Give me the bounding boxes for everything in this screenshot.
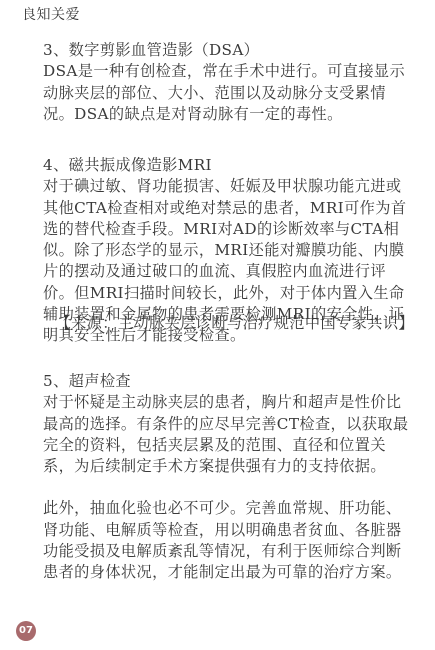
section-title: 4、磁共振成像造影MRI [43, 155, 415, 176]
section-title: 3、数字剪影血管造影（DSA） [43, 40, 415, 61]
section-title: 5、超声检查 [43, 371, 415, 392]
brand-title: 良知关爱 [22, 6, 80, 24]
section-dsa: 3、数字剪影血管造影（DSA） DSA是一种有创检查，常在手术中进行。可直接显示… [43, 40, 415, 125]
section-paragraph: 对于怀疑是主动脉夹层的患者，胸片和超声是性价比最高的选择。有条件的应尽早完善CT… [43, 392, 415, 477]
section-paragraph: DSA是一种有创检查，常在手术中进行。可直接显示动脉夹层的部位、大小、范围以及动… [43, 61, 415, 125]
page-number-badge: 07 [16, 621, 36, 641]
source-citation: 【来源：主动脉夹层诊断与治疗规范中国专家共识】 [55, 313, 414, 334]
section-ultrasound: 5、超声检查 对于怀疑是主动脉夹层的患者，胸片和超声是性价比最高的选择。有条件的… [43, 371, 415, 584]
section-paragraph: 此外，抽血化验也必不可少。完善血常规、肝功能、肾功能、电解质等检查，用以明确患者… [43, 498, 415, 583]
